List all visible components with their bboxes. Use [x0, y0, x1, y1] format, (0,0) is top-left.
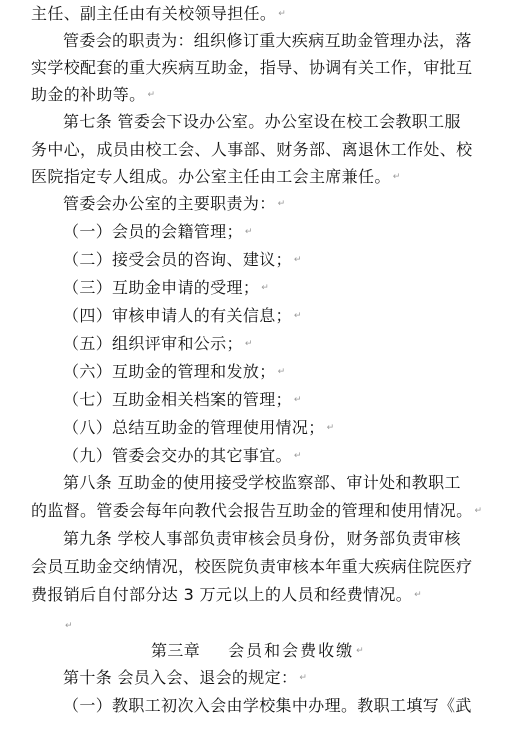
- line-text: 助金的补助等。: [31, 85, 145, 104]
- line-text: 管委会办公室的主要职责为：: [63, 194, 276, 213]
- list-item: （五）组织评审和公示；↵: [63, 330, 253, 357]
- paragraph-mark-icon: ↵: [294, 255, 302, 265]
- line-text: （八）总结互助金的管理使用情况；: [63, 418, 325, 437]
- line-text: （九）管委会交办的其它事宜。: [63, 446, 292, 465]
- paragraph-line: 第十条 会员入会、退会的规定：↵: [63, 664, 307, 691]
- paragraph-line: 助金的补助等。↵: [31, 81, 155, 108]
- line-text: （七）互助金相关档案的管理；: [63, 390, 292, 409]
- paragraph-mark-icon: ↵: [294, 311, 302, 321]
- paragraph-mark-icon: ↵: [147, 90, 155, 100]
- line-text: （二）接受会员的咨询、建议；: [63, 250, 292, 269]
- paragraph-mark-icon: ↵: [261, 283, 269, 293]
- line-text: （六）互助金的管理和发放；: [63, 362, 276, 381]
- list-item: （七）互助金相关档案的管理；↵: [63, 386, 302, 413]
- chapter-heading: 第三章会员和会费收缴↵: [31, 637, 484, 664]
- paragraph-mark-icon: ↵: [414, 590, 422, 600]
- paragraph-line: 医院指定专人组成。办公室主任由工会主席兼任。↵: [31, 163, 401, 190]
- paragraph-mark-icon: ↵: [356, 646, 364, 656]
- line-text: 第十条 会员入会、退会的规定：: [63, 668, 297, 687]
- line-text: （三）互助金申请的受理；: [63, 278, 259, 297]
- paragraph-line: 第八条 互助金的使用接受学校监察部、审计处和教职工: [63, 469, 461, 496]
- list-item: （四）审核申请人的有关信息；↵: [63, 302, 302, 329]
- paragraph-mark-icon: ↵: [327, 423, 335, 433]
- paragraph-mark-icon: ↵: [294, 395, 302, 405]
- paragraph-line: 第九条 学校人事部负责审核会员身份，财务部负责审核: [63, 525, 461, 552]
- list-item: （二）接受会员的咨询、建议；↵: [63, 246, 302, 273]
- chapter-title: 会员和会费收缴: [228, 641, 354, 660]
- paragraph-mark-icon: ↵: [278, 199, 286, 209]
- line-text: 第七条 管委会下设办公室。办公室设在校工会教职工服: [63, 112, 461, 131]
- paragraph-mark-icon: ↵: [393, 172, 401, 182]
- list-item: （三）互助金申请的受理；↵: [63, 274, 269, 301]
- line-text: （一）会员的会籍管理；: [63, 222, 243, 241]
- list-item: （一）教职工初次入会由学校集中办理。教职工填写《武: [63, 692, 472, 719]
- line-text: （一）教职工初次入会由学校集中办理。教职工填写《武: [63, 696, 472, 715]
- paragraph-mark-icon: ↵: [245, 339, 253, 349]
- line-text: （五）组织评审和公示；: [63, 334, 243, 353]
- paragraph-line: 会员互助金交纳情况，校医院负责审核本年重大疾病住院医疗: [31, 553, 472, 580]
- list-item: （六）互助金的管理和发放；↵: [63, 358, 285, 385]
- paragraph-mark-icon: ↵: [474, 506, 482, 516]
- paragraph-line: 管委会办公室的主要职责为：↵: [63, 190, 285, 217]
- line-text: （四）审核申请人的有关信息；: [63, 306, 292, 325]
- paragraph-mark-icon: ↵: [245, 227, 253, 237]
- paragraph-line: 第七条 管委会下设办公室。办公室设在校工会教职工服: [63, 108, 461, 135]
- paragraph-mark-icon: ↵: [299, 673, 307, 683]
- paragraph-mark-icon: ↵: [278, 9, 286, 19]
- paragraph-line: 务中心，成员由校工会、人事部、财务部、离退休工作处、校: [31, 136, 472, 163]
- paragraph-line: 的监督。管委会每年向教代会报告互助金的管理和使用情况。↵: [31, 497, 482, 524]
- paragraph-line: 管委会的职责为：组织修订重大疾病互助金管理办法，落: [63, 27, 472, 54]
- line-text: 第九条 学校人事部负责审核会员身份，财务部负责审核: [63, 529, 461, 548]
- line-text: 主任、副主任由有关校领导担任。: [31, 4, 276, 23]
- list-item: （一）会员的会籍管理；↵: [63, 218, 253, 245]
- paragraph-mark-icon: ↵: [294, 451, 302, 461]
- list-item: （九）管委会交办的其它事宜。↵: [63, 442, 302, 469]
- line-text: 医院指定专人组成。办公室主任由工会主席兼任。: [31, 167, 391, 186]
- paragraph-mark-icon: ↵: [278, 367, 286, 377]
- empty-paragraph: ↵: [63, 612, 73, 639]
- paragraph-mark-icon: ↵: [65, 621, 73, 631]
- line-text: 的监督。管委会每年向教代会报告互助金的管理和使用情况。: [31, 501, 472, 520]
- list-item: （八）总结互助金的管理使用情况；↵: [63, 414, 335, 441]
- line-text: 会员互助金交纳情况，校医院负责审核本年重大疾病住院医疗: [31, 557, 472, 576]
- line-text: 费报销后自付部分达 3 万元以上的人员和经费情况。: [31, 585, 412, 604]
- paragraph-line: 费报销后自付部分达 3 万元以上的人员和经费情况。↵: [31, 581, 422, 608]
- line-text: 管委会的职责为：组织修订重大疾病互助金管理办法，落: [63, 31, 472, 50]
- line-text: 第八条 互助金的使用接受学校监察部、审计处和教职工: [63, 473, 461, 492]
- line-text: 务中心，成员由校工会、人事部、财务部、离退休工作处、校: [31, 140, 472, 159]
- paragraph-line: 主任、副主任由有关校领导担任。↵: [31, 0, 286, 27]
- chapter-number: 第三章: [151, 641, 200, 660]
- line-text: 实学校配套的重大疾病互助金，指导、协调有关工作，审批互: [31, 58, 472, 77]
- paragraph-line: 实学校配套的重大疾病互助金，指导、协调有关工作，审批互: [31, 54, 472, 81]
